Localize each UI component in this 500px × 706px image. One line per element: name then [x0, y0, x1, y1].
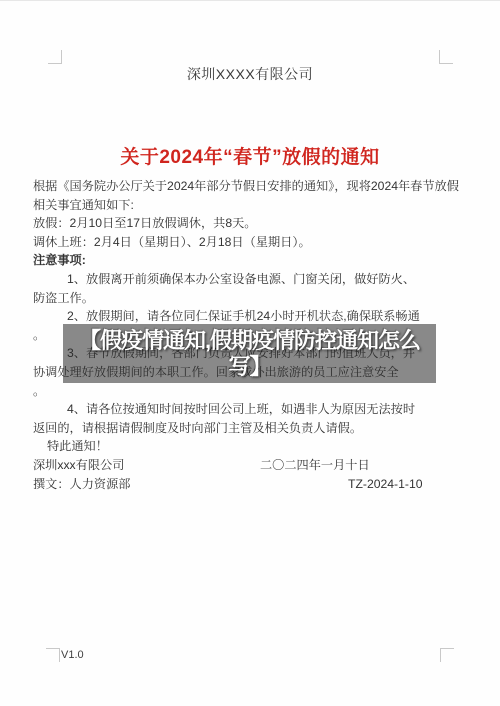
version-label: V1.0 — [61, 649, 84, 661]
text-boundary-mark-bottom-right — [440, 648, 454, 662]
watermark-overlay: 【假疫情通知,假期疫情防控通知怎么 写】 — [63, 324, 436, 383]
notice-line: 调休上班：2月4日（星期日）、2月18日（星期日）。 — [33, 233, 446, 252]
watermark-text-line2: 写】 — [228, 354, 270, 380]
signature-company: 深圳xxx有限公司 — [33, 458, 124, 472]
text-boundary-mark-top-left — [48, 50, 62, 64]
notice-line: 2、放假期间，请各位同仁保证手机24小时开机状态,确保联系畅通 — [33, 307, 446, 326]
signature-author: 撰文：人力资源部 — [33, 477, 131, 491]
notice-line: 。 — [33, 382, 446, 401]
notice-body-lines: 根据《国务院办公厅关于2024年部分节假日安排的通知》，现将2024年春节放假相… — [33, 177, 446, 456]
document-page: 深圳XXXX有限公司 关于2024年“春节”放假的通知 根据《国务院办公厅关于2… — [0, 0, 500, 706]
notice-line: 4、请各位按通知时间按时回公司上班，如遇非人为原因无法按时 — [33, 400, 446, 419]
signature-row-1: 深圳xxx有限公司 二〇二四年一月十日 — [33, 456, 446, 475]
watermark-text-line1: 【假疫情通知,假期疫情防控通知怎么 — [79, 328, 420, 354]
notice-line: 注意事项: — [33, 251, 446, 270]
company-header: 深圳XXXX有限公司 — [0, 64, 500, 84]
text-boundary-mark-top-right — [439, 50, 453, 64]
notice-line: 根据《国务院办公厅关于2024年部分节假日安排的通知》，现将2024年春节放假 — [33, 177, 446, 196]
text-boundary-mark-bottom-left — [46, 648, 60, 662]
notice-line: 特此通知！ — [33, 437, 446, 456]
signature-row-2: 撰文：人力资源部 TZ-2024-1-10 — [33, 475, 446, 494]
signature-date: 二〇二四年一月十日 — [260, 456, 370, 475]
signature-doc-number: TZ-2024-1-10 — [348, 475, 423, 494]
notice-title: 关于2024年“春节”放假的通知 — [0, 142, 500, 169]
notice-line: 相关事宜通知如下: — [33, 196, 446, 215]
notice-line: 1、放假离开前须确保本办公室设备电源、门窗关闭，做好防火、 — [33, 270, 446, 289]
notice-line: 放假：2月10日至17日放假调休，共8天。 — [33, 214, 446, 233]
notice-line: 防盗工作。 — [33, 289, 446, 308]
notice-line: 返回的，请根据请假制度及时向部门主管及相关负责人请假。 — [33, 419, 446, 438]
